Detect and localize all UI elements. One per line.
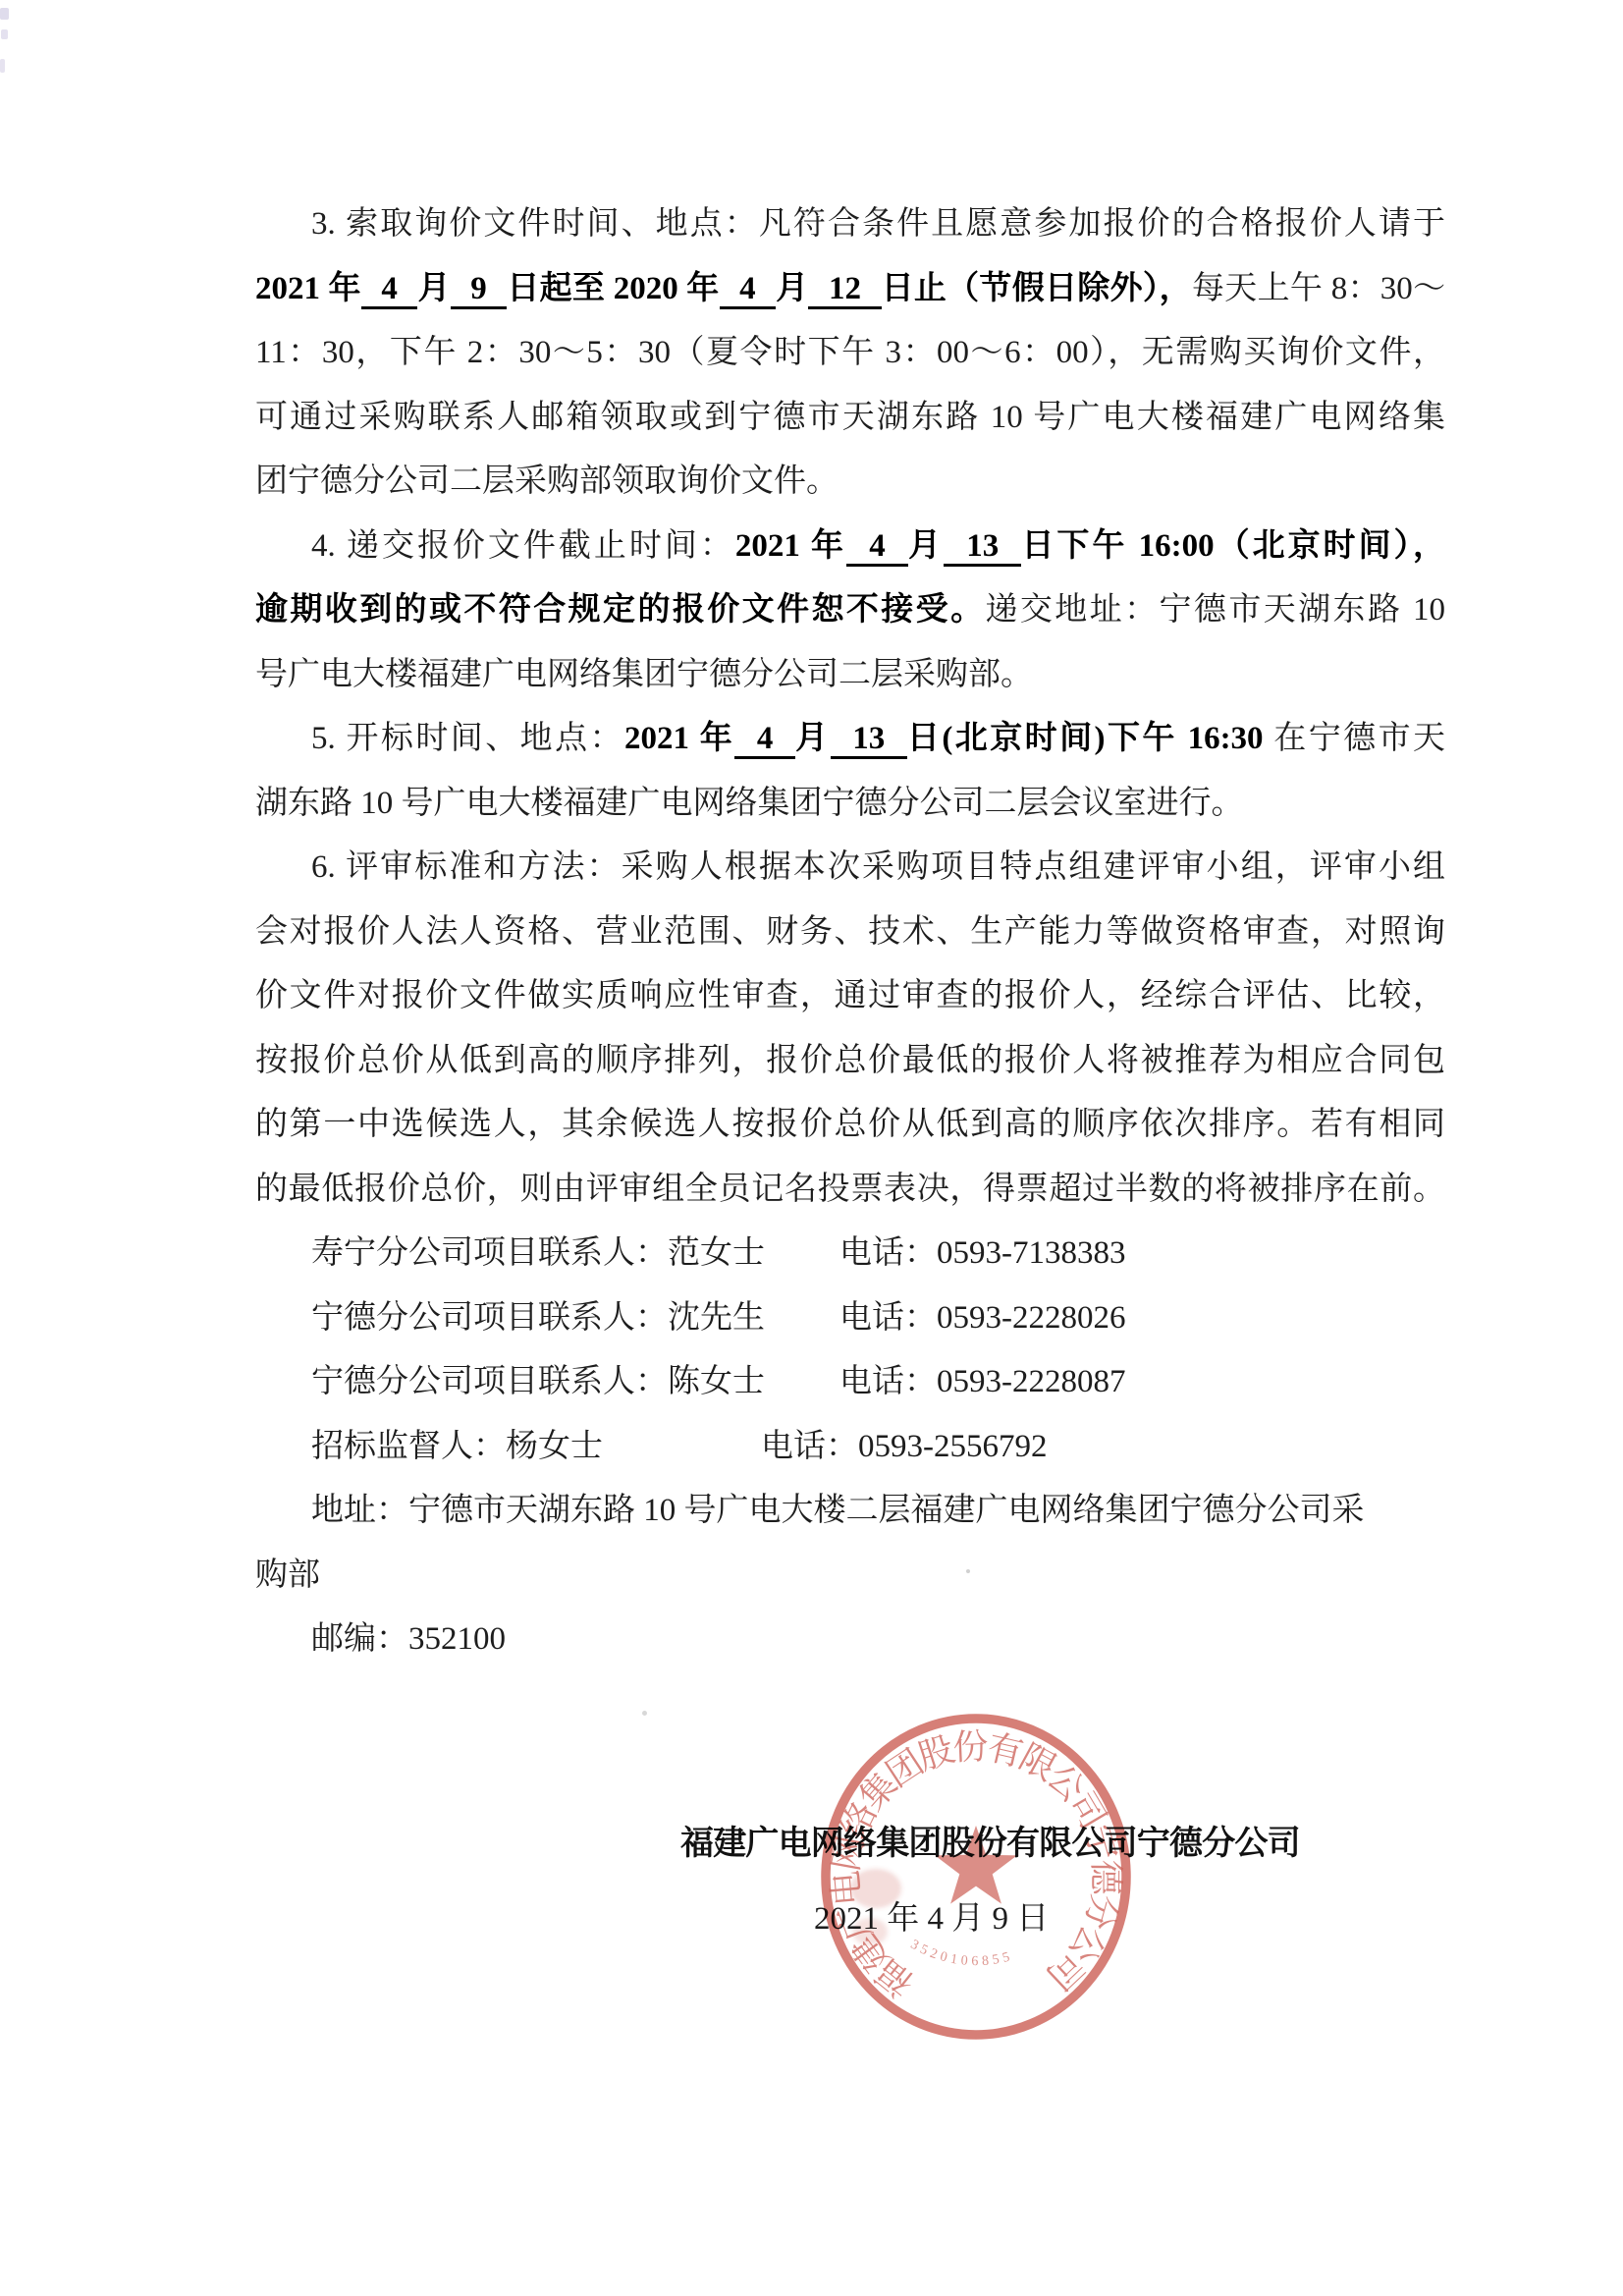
text-line: 2021 年 4 月 9 日起至 2020 年 4 月 12 日止（节假日除外）… (255, 257, 1445, 322)
company-seal: 福建广电网络集团股份有限公司宁德分公司 3520106855 (817, 1712, 1135, 2042)
text-segment: 的最低报价总价，则由评审组全员记名投票表决，得票超过半数的将被排序在前。 (255, 1172, 1445, 1207)
text-segment: 邮编：352100 (311, 1621, 506, 1657)
text-segment: 4. 递交报价文件截止时间： (311, 528, 735, 564)
text-line: 招标监督人：杨女士电话：0593-2556792 (255, 1415, 1445, 1480)
text-segment: 电话：0593-2228026 (839, 1300, 1126, 1336)
text-segment: 的第一中选候选人，其余候选人按报价总价从低到高的顺序依次排序。若有相同 (255, 1107, 1445, 1142)
text-segment: 团宁德分公司二层采购部领取询价文件。 (255, 464, 839, 499)
text-line: 5. 开标时间、地点：2021 年 4 月 13 日(北京时间)下午 16:30… (255, 707, 1445, 772)
signature-date: 2021 年 4 月 9 日 (814, 1897, 1049, 1941)
text-line: 号广电大楼福建广电网络集团宁德分公司二层采购部。 (255, 643, 1445, 708)
text-segment: 宁德分公司项目联系人：沈先生 (311, 1286, 839, 1351)
text-line: 价文件对报价文件做实质响应性审查，通过审查的报价人，经综合评估、比较， (255, 964, 1445, 1029)
filled-blank: 4 (361, 271, 418, 309)
text-segment: 月 (908, 528, 944, 564)
text-segment: 日止（节假日除外）， (882, 271, 1192, 306)
text-segment: 2021 年 (255, 271, 361, 306)
text-segment: 按报价总价从低到高的顺序排列，报价总价最低的报价人将被推荐为相应合同包 (255, 1043, 1445, 1078)
signature-company: 福建广电网络集团股份有限公司宁德分公司 (680, 1823, 1300, 1866)
text-line: 3. 索取询价文件时间、地点：凡符合条件且愿意参加报价的合格报价人请于 (255, 192, 1445, 257)
text-line: 会对报价人法人资格、营业范围、财务、技术、生产能力等做资格审查，对照询 (255, 901, 1445, 965)
text-segment: 寿宁分公司项目联系人：范女士 (311, 1222, 839, 1286)
text-segment: 2021 年 (735, 528, 846, 564)
text-segment: 宁德分公司项目联系人：陈女士 (311, 1350, 839, 1415)
text-segment: 电话：0593-2228087 (839, 1364, 1126, 1399)
text-segment: 会对报价人法人资格、营业范围、财务、技术、生产能力等做资格审查，对照询 (255, 914, 1445, 950)
text-segment: 在宁德市天 (1273, 721, 1445, 756)
text-segment: 日(北京时间)下午 16:30 (907, 721, 1273, 756)
filled-blank: 4 (734, 721, 795, 759)
text-segment: 月 (795, 721, 830, 756)
text-segment: 日起至 2020 年 (507, 271, 719, 306)
text-segment: 价文件对报价文件做实质响应性审查，通过审查的报价人，经综合评估、比较， (255, 978, 1445, 1013)
text-segment: 可通过采购联系人邮箱领取或到宁德市天湖东路 10 号广电大楼福建广电网络集 (255, 400, 1445, 435)
document-body: 3. 索取询价文件时间、地点：凡符合条件且愿意参加报价的合格报价人请于2021 … (255, 192, 1445, 1672)
filled-blank: 13 (831, 721, 907, 759)
text-line: 团宁德分公司二层采购部领取询价文件。 (255, 450, 1445, 515)
text-segment: 月 (776, 271, 808, 306)
text-line: 邮编：352100 (255, 1608, 1445, 1672)
filled-blank: 13 (944, 528, 1021, 567)
scan-artifact (1, 29, 8, 39)
text-segment: 逾期收到的或不符合规定的报价文件恕不接受。 (255, 592, 986, 628)
text-line: 宁德分公司项目联系人：沈先生电话：0593-2228026 (255, 1286, 1445, 1351)
text-segment: 递交地址：宁德市天湖东路 10 (986, 592, 1446, 628)
text-line: 宁德分公司项目联系人：陈女士电话：0593-2228087 (255, 1350, 1445, 1415)
text-segment: 6. 评审标准和方法：采购人根据本次采购项目特点组建评审小组，评审小组 (311, 849, 1445, 885)
text-segment: 月 (417, 271, 450, 306)
scan-speckle (642, 1711, 647, 1716)
text-line: 地址：宁德市天湖东路 10 号广电大楼二层福建广电网络集团宁德分公司采 (255, 1479, 1445, 1544)
text-segment: 日下午 16:00（北京时间）， (1021, 528, 1445, 564)
text-line: 逾期收到的或不符合规定的报价文件恕不接受。递交地址：宁德市天湖东路 10 (255, 578, 1445, 643)
text-segment: 招标监督人：杨女士 (311, 1415, 761, 1480)
seal-graphic: 福建广电网络集团股份有限公司宁德分公司 3520106855 (826, 1719, 1126, 2035)
text-segment: 3. 索取询价文件时间、地点：凡符合条件且愿意参加报价的合格报价人请于 (311, 206, 1445, 242)
text-line: 可通过采购联系人邮箱领取或到宁德市天湖东路 10 号广电大楼福建广电网络集 (255, 386, 1445, 451)
text-line: 寿宁分公司项目联系人：范女士电话：0593-7138383 (255, 1222, 1445, 1286)
scan-artifact (0, 59, 5, 73)
text-segment: 购部 (255, 1558, 320, 1593)
filled-blank: 4 (720, 271, 777, 309)
text-segment: 号广电大楼福建广电网络集团宁德分公司二层采购部。 (255, 657, 1033, 692)
seal-serial: 3520106855 (908, 1938, 1015, 1969)
text-line: 6. 评审标准和方法：采购人根据本次采购项目特点组建评审小组，评审小组 (255, 836, 1445, 901)
scan-artifact (0, 8, 9, 20)
text-line: 4. 递交报价文件截止时间：2021 年 4 月 13 日下午 16:00（北京… (255, 515, 1445, 579)
text-segment: 2021 年 (624, 721, 734, 756)
text-segment: 地址：宁德市天湖东路 10 号广电大楼二层福建广电网络集团宁德分公司采 (311, 1493, 1365, 1528)
text-line: 的最低报价总价，则由评审组全员记名投票表决，得票超过半数的将被排序在前。 (255, 1158, 1445, 1223)
text-line: 按报价总价从低到高的顺序排列，报价总价最低的报价人将被推荐为相应合同包 (255, 1029, 1445, 1094)
text-segment: 湖东路 10 号广电大楼福建广电网络集团宁德分公司二层会议室进行。 (255, 786, 1244, 821)
text-line: 购部 (255, 1544, 1445, 1609)
text-segment: 电话：0593-7138383 (839, 1235, 1126, 1271)
text-line: 湖东路 10 号广电大楼福建广电网络集团宁德分公司二层会议室进行。 (255, 772, 1445, 837)
text-line: 的第一中选候选人，其余候选人按报价总价从低到高的顺序依次排序。若有相同 (255, 1093, 1445, 1158)
text-segment: 电话：0593-2556792 (761, 1429, 1048, 1464)
text-segment: 11：30，下午 2：30～5：30（夏令时下午 3：00～6：00），无需购买… (255, 335, 1445, 370)
text-segment: 5. 开标时间、地点： (311, 721, 624, 756)
text-line: 11：30，下午 2：30～5：30（夏令时下午 3：00～6：00），无需购买… (255, 321, 1445, 386)
document-page: 3. 索取询价文件时间、地点：凡符合条件且愿意参加报价的合格报价人请于2021 … (0, 0, 1623, 2296)
text-segment: 每天上午 8：30～ (1192, 271, 1445, 306)
filled-blank: 4 (846, 528, 908, 567)
filled-blank: 9 (451, 271, 508, 309)
filled-blank: 12 (808, 271, 881, 309)
